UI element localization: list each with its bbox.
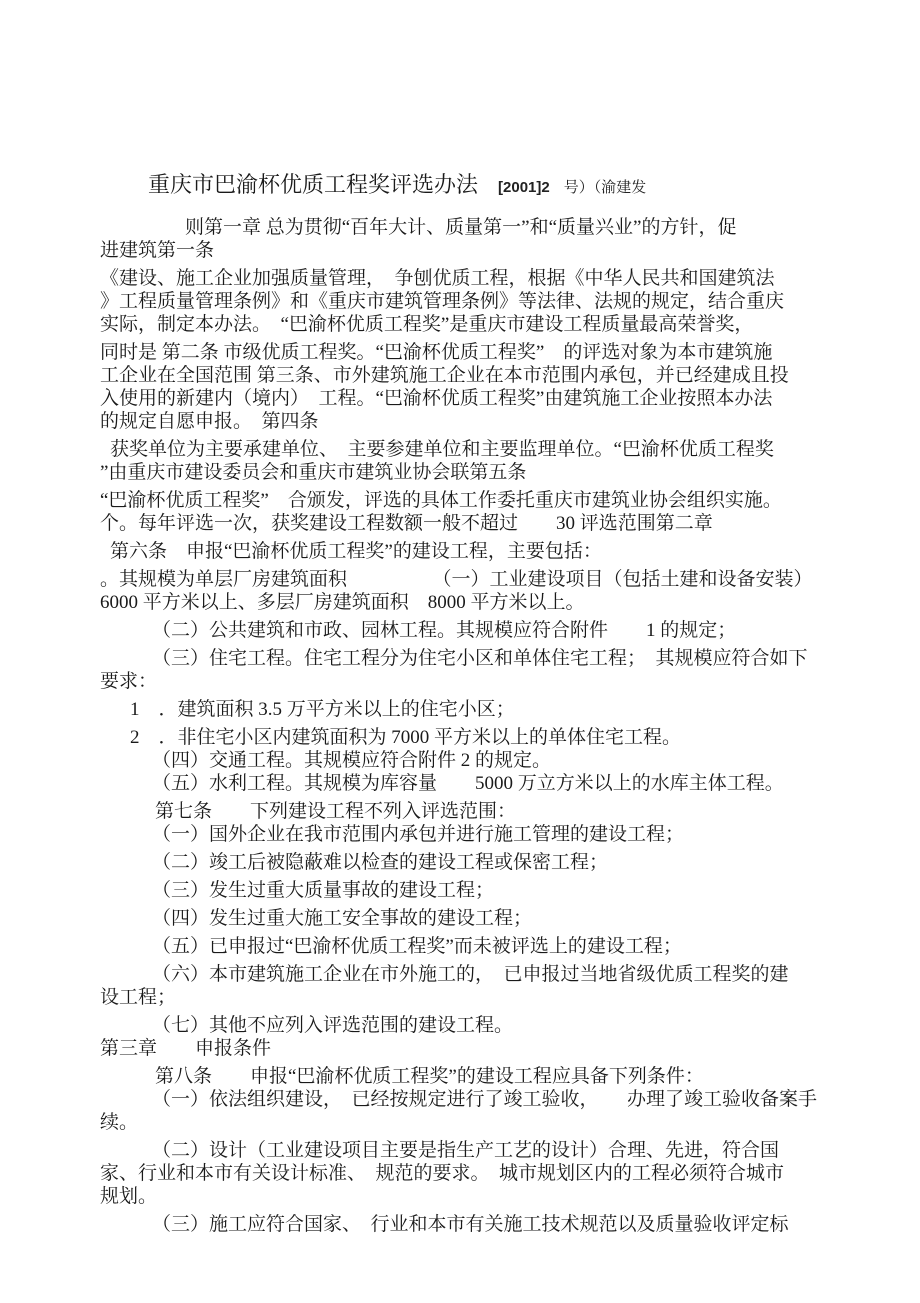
doc-line: 入使用的新建内（境内） 工程。“巴渝杯优质工程奖”由建筑施工企业按照本办法 bbox=[100, 387, 820, 410]
doc-line: “巴渝杯优质工程奖” 合颁发，评选的具体工作委托重庆市建筑业协会组织实施。 bbox=[100, 489, 820, 512]
doc-line: （三）住宅工程。住宅工程分为住宅小区和单体住宅工程； 其规模应符合如下 bbox=[100, 647, 820, 670]
doc-line: （一）依法组织建设， 已经按规定进行了竣工验收， 办理了竣工验收备案手 bbox=[100, 1088, 820, 1111]
doc-line: 进建筑第一条 bbox=[100, 239, 820, 262]
title-text: 重庆市巴渝杯优质工程奖评选办法 bbox=[148, 172, 478, 197]
doc-line: （六）本市建筑施工企业在市外施工的， 已申报过当地省级优质工程奖的建 bbox=[100, 963, 820, 986]
title-doc-number: [2001]2 bbox=[498, 179, 550, 196]
doc-line: 要求： bbox=[100, 670, 820, 693]
doc-line: （二）设计（工业建设项目主要是指生产工艺的设计）合理、先进，符合国 bbox=[100, 1139, 820, 1162]
doc-line: 第七条 下列建设工程不列入评选范围： bbox=[100, 800, 820, 823]
doc-line: 。其规模为单层厂房建筑面积 （一）工业建设项目（包括土建和设备安装） bbox=[100, 568, 820, 591]
doc-line: 个。每年评选一次，获奖建设工程数额一般不超过 30 评选范围第二章 bbox=[100, 512, 820, 535]
doc-line: 《建设、施工企业加强质量管理， 争刨优质工程，根据《中华人民共和国建筑法 bbox=[100, 267, 820, 290]
doc-line: （一）国外企业在我市范围内承包并进行施工管理的建设工程； bbox=[100, 823, 820, 846]
doc-line: 第六条 申报“巴渝杯优质工程奖”的建设工程，主要包括： bbox=[100, 540, 820, 563]
doc-line: 第三章 申报条件 bbox=[100, 1037, 820, 1060]
doc-line: （七）其他不应列入评选范围的建设工程。 bbox=[100, 1014, 820, 1037]
doc-line: 规划。 bbox=[100, 1185, 820, 1208]
doc-line: 6000 平方米以上、多层厂房建筑面积 8000 平方米以上。 bbox=[100, 591, 820, 614]
title-suffix: 号）（渝建发 bbox=[564, 180, 647, 196]
doc-line: （三）发生过重大质量事故的建设工程； bbox=[100, 879, 820, 902]
document-page: 重庆市巴渝杯优质工程奖评选办法[2001]2号）（渝建发 则第一章 总为贯彻“百… bbox=[0, 0, 920, 1303]
doc-line: 的规定自愿申报。 第四条 bbox=[100, 410, 820, 433]
doc-line: 实际，制定本办法。 “巴渝杯优质工程奖”是重庆市建设工程质量最高荣誉奖， bbox=[100, 313, 820, 336]
doc-line: （四）交通工程。其规模应符合附件 2 的规定。 bbox=[100, 749, 820, 772]
doc-line: 获奖单位为主要承建单位、 主要参建单位和主要监理单位。“巴渝杯优质工程奖 bbox=[100, 438, 820, 461]
doc-line: 续。 bbox=[100, 1111, 820, 1134]
doc-line: （二）公共建筑和市政、园林工程。其规模应符合附件 1 的规定； bbox=[100, 619, 820, 642]
doc-line: 家、行业和本市有关设计标准、 规范的要求。 城市规划区内的工程必须符合城市 bbox=[100, 1162, 820, 1185]
doc-line: 则第一章 总为贯彻“百年大计、质量第一”和“质量兴业”的方针，促 bbox=[100, 216, 820, 239]
document-title: 重庆市巴渝杯优质工程奖评选办法[2001]2号）（渝建发 bbox=[100, 168, 820, 199]
doc-line: （三）施工应符合国家、 行业和本市有关施工技术规范以及质量验收评定标 bbox=[100, 1213, 820, 1236]
doc-line: 1 ．建筑面积 3.5 万平方米以上的住宅小区； bbox=[100, 698, 820, 721]
doc-line: 2 ．非住宅小区内建筑面积为 7000 平方米以上的单体住宅工程。 bbox=[100, 726, 820, 749]
doc-line: 第八条 申报“巴渝杯优质工程奖”的建设工程应具备下列条件： bbox=[100, 1065, 820, 1088]
doc-line: （五）水利工程。其规模为库容量 5000 万立方米以上的水库主体工程。 bbox=[100, 772, 820, 795]
doc-line: ”由重庆市建设委员会和重庆市建筑业协会联第五条 bbox=[100, 461, 820, 484]
doc-line: （五）已申报过“巴渝杯优质工程奖”而未被评选上的建设工程； bbox=[100, 935, 820, 958]
doc-line: （四）发生过重大施工安全事故的建设工程； bbox=[100, 907, 820, 930]
doc-line: 》工程质量管理条例》和《重庆市建筑管理条例》等法律、法规的规定，结合重庆 bbox=[100, 290, 820, 313]
doc-line: 工企业在全国范围 第三条、市外建筑施工企业在本市范围内承包，并已经建成且投 bbox=[100, 364, 820, 387]
doc-line: （二）竣工后被隐蔽难以检查的建设工程或保密工程； bbox=[100, 851, 820, 874]
doc-line: 设工程； bbox=[100, 986, 820, 1009]
doc-line: 同时是 第二条 市级优质工程奖。“巴渝杯优质工程奖” 的评选对象为本市建筑施 bbox=[100, 341, 820, 364]
